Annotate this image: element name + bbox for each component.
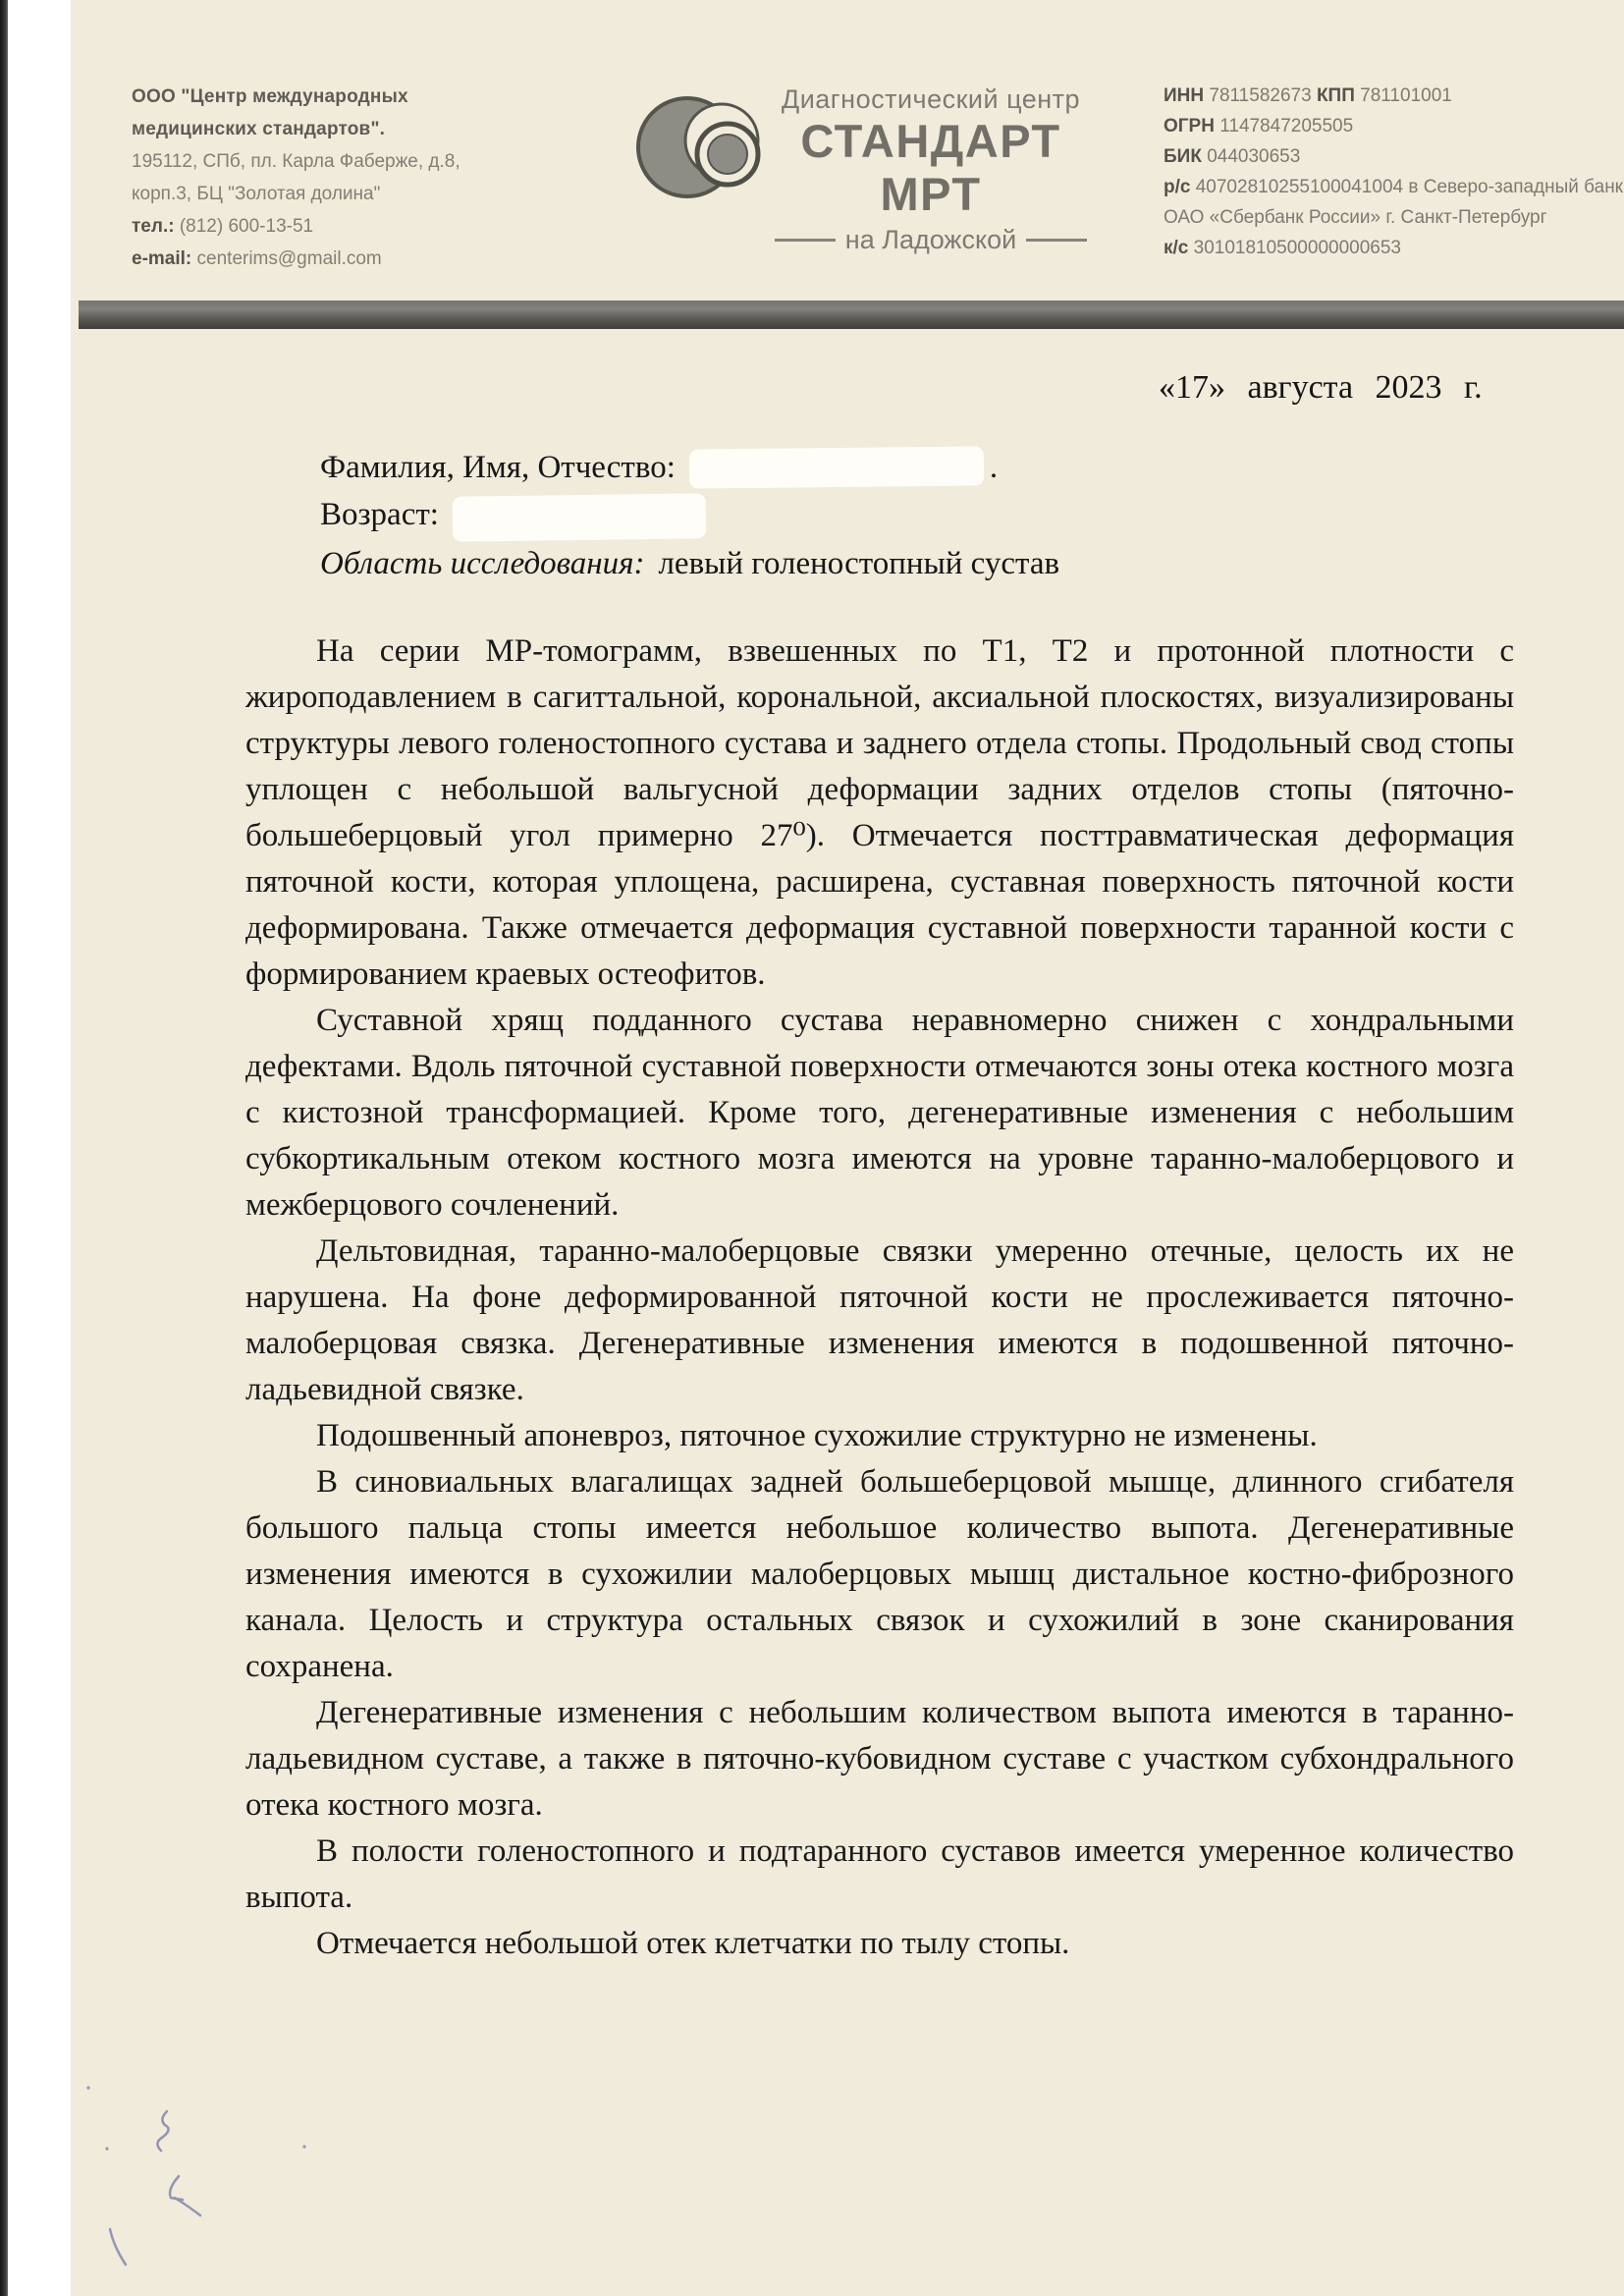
bank-line: ОАО «Сбербанк России» г. Санкт-Петербург — [1164, 202, 1624, 233]
bik-value: 044030653 — [1207, 146, 1300, 167]
org-address-line: корп.3, БЦ "Золотая долина" — [132, 178, 485, 210]
study-area-value: левый голеностопный сустав — [658, 546, 1059, 581]
ks-value: 30101810500000000653 — [1194, 238, 1401, 258]
kpp-value: 781101001 — [1360, 85, 1452, 106]
patient-age-label: Возраст: — [320, 497, 439, 532]
report-date: «17» августа 2023 г. — [1159, 369, 1483, 407]
inn-value: 7811582673 — [1209, 85, 1311, 106]
scanned-report-page: ООО "Центр международных медицинских ста… — [0, 0, 1624, 2296]
org-name-line: медицинских стандартов". — [132, 113, 485, 145]
paper: ООО "Центр международных медицинских ста… — [71, 0, 1624, 2296]
logo-dash-right — [1026, 239, 1087, 242]
inn-kpp-line: ИНН 7811582673 КПП 781101001 — [1164, 81, 1624, 111]
report-paragraph: В полости голеностопного и подтаранного … — [245, 1829, 1514, 1921]
clinic-logo-text: Диагностический центр СТАНДАРТ МРТ на Ла… — [764, 84, 1166, 255]
c-ring-logo-icon — [636, 84, 766, 214]
rs-label: р/с — [1164, 177, 1190, 197]
rs-line: р/с 40702810255100041004 в Северо-западн… — [1164, 172, 1624, 202]
bik-label: БИК — [1164, 146, 1202, 167]
study-area-line: Область исследования:левый голеностопный… — [320, 540, 1059, 587]
report-paragraph: Суставной хрящ подданного сустава неравн… — [245, 998, 1514, 1229]
clinic-tagline: Диагностический центр — [764, 84, 1098, 115]
org-address-line: 195112, СПб, пл. Карла Фаберже, д.8, — [132, 145, 485, 178]
report-paragraph: Дегенеративные изменения с небольшим кол… — [245, 1690, 1514, 1829]
redaction-name-block — [689, 446, 984, 488]
ogrn-line: ОГРН 1147847205505 — [1164, 111, 1624, 141]
email-label: e-mail: — [132, 248, 191, 269]
inn-label: ИНН — [1164, 85, 1204, 106]
redaction-age-block — [453, 493, 707, 542]
letterhead-org-block: ООО "Центр международных медицинских ста… — [132, 81, 485, 275]
bik-line: БИК 044030653 — [1164, 141, 1624, 172]
ks-line: к/с 30101810500000000653 — [1164, 233, 1624, 263]
email-value: centerims@gmail.com — [197, 248, 382, 269]
logo-dash-left — [775, 239, 836, 242]
patient-age-line: Возраст: — [320, 491, 1059, 540]
org-phone-line: тел.: (812) 600-13-51 — [132, 210, 485, 243]
ogrn-label: ОГРН — [1164, 116, 1215, 137]
clinic-name: СТАНДАРТ МРТ — [754, 115, 1108, 221]
patient-block: Фамилия, Имя, Отчество:. Возраст: Област… — [320, 444, 1059, 587]
pen-scribble-marks — [81, 2060, 336, 2296]
letterhead-requisites-block: ИНН 7811582673 КПП 781101001 ОГРН 114784… — [1164, 81, 1624, 263]
rs-value: 40702810255100041004 в Северо-западный б… — [1196, 177, 1623, 197]
ogrn-value: 1147847205505 — [1219, 116, 1353, 137]
report-paragraph: Отмечается небольшой отек клетчатки по т… — [245, 1921, 1514, 1967]
phone-value: (812) 600-13-51 — [180, 216, 313, 237]
study-area-label: Область исследования: — [320, 546, 644, 581]
divider-bar — [79, 301, 1624, 329]
report-paragraph: Подошвенный апоневроз, пяточное сухожили… — [245, 1413, 1514, 1459]
patient-name-label: Фамилия, Имя, Отчество: — [320, 450, 676, 485]
kpp-label: КПП — [1317, 85, 1355, 106]
patient-name-suffix: . — [990, 450, 998, 485]
scanner-edge — [0, 0, 8, 2296]
clinic-location-line: на Ладожской — [764, 225, 1098, 255]
org-email-line: e-mail: centerims@gmail.com — [132, 243, 485, 275]
clinic-location: на Ладожской — [845, 225, 1016, 255]
report-paragraph: В синовиальных влагалищах задней большеб… — [245, 1459, 1514, 1690]
org-name-line: ООО "Центр международных — [132, 81, 485, 113]
report-paragraph: Дельтовидная, таранно-малоберцовые связк… — [245, 1229, 1514, 1413]
phone-label: тел.: — [132, 216, 175, 237]
report-body: На серии МР-томограмм, взвешенных по Т1,… — [245, 629, 1514, 1967]
patient-name-line: Фамилия, Имя, Отчество:. — [320, 444, 1059, 491]
ks-label: к/с — [1164, 238, 1188, 258]
report-paragraph: На серии МР-томограмм, взвешенных по Т1,… — [245, 629, 1514, 998]
